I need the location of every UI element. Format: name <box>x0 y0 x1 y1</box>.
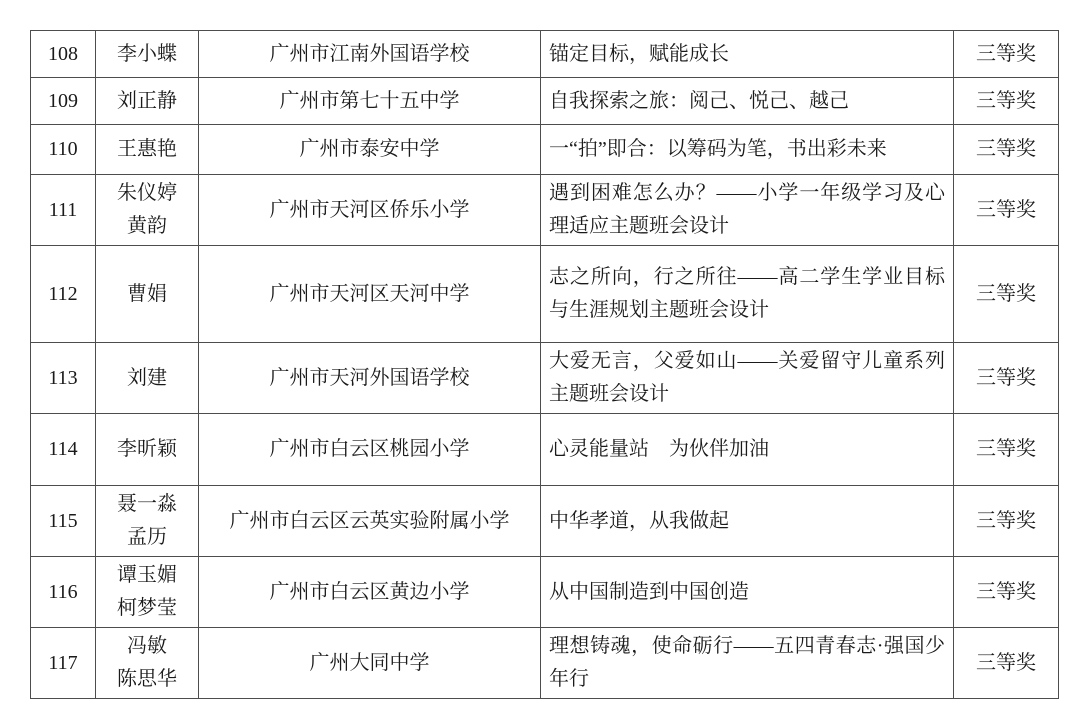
cell-name: 冯敏 陈思华 <box>96 628 199 699</box>
cell-school: 广州市白云区黄边小学 <box>199 557 541 628</box>
cell-title: 志之所向，行之所往——高二学生学业目标与生涯规划主题班会设计 <box>541 246 954 343</box>
cell-school: 广州市江南外国语学校 <box>199 31 541 78</box>
cell-school: 广州市白云区桃园小学 <box>199 414 541 486</box>
cell-school: 广州大同中学 <box>199 628 541 699</box>
cell-name: 李昕颖 <box>96 414 199 486</box>
cell-school: 广州市天河外国语学校 <box>199 343 541 414</box>
cell-number: 111 <box>31 175 96 246</box>
cell-number: 108 <box>31 31 96 78</box>
cell-title: 一“拍”即合：以筹码为笔，书出彩未来 <box>541 125 954 175</box>
cell-award: 三等奖 <box>954 246 1059 343</box>
cell-title: 理想铸魂，使命砺行——五四青春志·强国少年行 <box>541 628 954 699</box>
cell-number: 112 <box>31 246 96 343</box>
table-row: 114 李昕颖 广州市白云区桃园小学 心灵能量站 为伙伴加油 三等奖 <box>31 414 1059 486</box>
cell-title: 遇到困难怎么办？——小学一年级学习及心理适应主题班会设计 <box>541 175 954 246</box>
cell-number: 116 <box>31 557 96 628</box>
cell-school: 广州市泰安中学 <box>199 125 541 175</box>
cell-title: 自我探索之旅：阅己、悦己、越己 <box>541 78 954 125</box>
table-row: 111 朱仪婷 黄韵 广州市天河区侨乐小学 遇到困难怎么办？——小学一年级学习及… <box>31 175 1059 246</box>
cell-number: 114 <box>31 414 96 486</box>
cell-title: 从中国制造到中国创造 <box>541 557 954 628</box>
table-row: 113 刘建 广州市天河外国语学校 大爱无言，父爱如山——关爱留守儿童系列主题班… <box>31 343 1059 414</box>
table-row: 115 聂一淼 孟历 广州市白云区云英实验附属小学 中华孝道，从我做起 三等奖 <box>31 486 1059 557</box>
document-page: 108 李小蝶 广州市江南外国语学校 锚定目标，赋能成长 三等奖 109 刘正静… <box>0 0 1080 723</box>
awards-table: 108 李小蝶 广州市江南外国语学校 锚定目标，赋能成长 三等奖 109 刘正静… <box>30 30 1059 699</box>
cell-title: 锚定目标，赋能成长 <box>541 31 954 78</box>
cell-school: 广州市白云区云英实验附属小学 <box>199 486 541 557</box>
cell-award: 三等奖 <box>954 414 1059 486</box>
cell-school: 广州市天河区天河中学 <box>199 246 541 343</box>
cell-award: 三等奖 <box>954 31 1059 78</box>
cell-award: 三等奖 <box>954 125 1059 175</box>
cell-title: 大爱无言，父爱如山——关爱留守儿童系列主题班会设计 <box>541 343 954 414</box>
table-row: 112 曹娟 广州市天河区天河中学 志之所向，行之所往——高二学生学业目标与生涯… <box>31 246 1059 343</box>
cell-award: 三等奖 <box>954 343 1059 414</box>
cell-number: 115 <box>31 486 96 557</box>
cell-award: 三等奖 <box>954 175 1059 246</box>
cell-name: 朱仪婷 黄韵 <box>96 175 199 246</box>
cell-school: 广州市天河区侨乐小学 <box>199 175 541 246</box>
cell-name: 谭玉媚 柯梦莹 <box>96 557 199 628</box>
cell-name: 刘正静 <box>96 78 199 125</box>
awards-table-body: 108 李小蝶 广州市江南外国语学校 锚定目标，赋能成长 三等奖 109 刘正静… <box>31 31 1059 699</box>
cell-name: 聂一淼 孟历 <box>96 486 199 557</box>
cell-number: 117 <box>31 628 96 699</box>
cell-school: 广州市第七十五中学 <box>199 78 541 125</box>
cell-name: 李小蝶 <box>96 31 199 78</box>
cell-name: 刘建 <box>96 343 199 414</box>
table-row: 116 谭玉媚 柯梦莹 广州市白云区黄边小学 从中国制造到中国创造 三等奖 <box>31 557 1059 628</box>
cell-award: 三等奖 <box>954 628 1059 699</box>
cell-title: 心灵能量站 为伙伴加油 <box>541 414 954 486</box>
cell-name: 曹娟 <box>96 246 199 343</box>
cell-title: 中华孝道，从我做起 <box>541 486 954 557</box>
table-row: 110 王惠艳 广州市泰安中学 一“拍”即合：以筹码为笔，书出彩未来 三等奖 <box>31 125 1059 175</box>
table-row: 117 冯敏 陈思华 广州大同中学 理想铸魂，使命砺行——五四青春志·强国少年行… <box>31 628 1059 699</box>
cell-name: 王惠艳 <box>96 125 199 175</box>
cell-number: 110 <box>31 125 96 175</box>
table-row: 108 李小蝶 广州市江南外国语学校 锚定目标，赋能成长 三等奖 <box>31 31 1059 78</box>
cell-number: 113 <box>31 343 96 414</box>
table-row: 109 刘正静 广州市第七十五中学 自我探索之旅：阅己、悦己、越己 三等奖 <box>31 78 1059 125</box>
cell-award: 三等奖 <box>954 486 1059 557</box>
cell-number: 109 <box>31 78 96 125</box>
cell-award: 三等奖 <box>954 557 1059 628</box>
cell-award: 三等奖 <box>954 78 1059 125</box>
